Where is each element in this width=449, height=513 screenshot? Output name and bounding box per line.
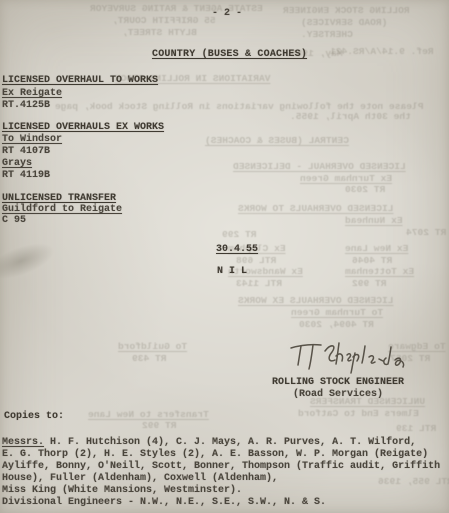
bleedthrough-text: RT 2074 xyxy=(406,228,446,239)
copies-line-underlined: Messrs. xyxy=(2,437,44,448)
nil-status: N I L xyxy=(217,266,247,277)
copies-line-text: Ayliffe, Bonny, O'Neill, Scott, Bonner, … xyxy=(2,461,440,472)
document-scan: ESTATE AGENT & RATING SURVEYOR 55 GRIFFI… xyxy=(0,0,449,513)
copies-line: E. G. Thorp (2), H. E. Styles (2), A. E.… xyxy=(2,449,428,460)
fleet-number: C 95 xyxy=(2,215,26,226)
bleedthrough-text: LICENSED OVERHAULS EX WORKS xyxy=(238,296,393,307)
bleedthrough-text: Elmers End to Catford xyxy=(298,409,419,420)
bleedthrough-text: RT 992 xyxy=(142,421,177,432)
route-label: Ex Reigate xyxy=(2,88,62,99)
fleet-number: RT 4119B xyxy=(2,170,50,181)
bleedthrough-text: the 30th April, 1955. xyxy=(290,112,411,123)
copies-line-text: Divisional Engineers - N.W., N.E., S.E.,… xyxy=(2,497,326,508)
page-number: - 2 - xyxy=(212,8,242,19)
bleedthrough-text: ROLLING STOCK ENGINEER xyxy=(283,6,410,17)
bleedthrough-text: BLYTH STREET, xyxy=(122,28,197,39)
bleedthrough-text: RT 4046 xyxy=(352,256,392,267)
bleedthrough-text: (ROAD SERVICES) xyxy=(301,18,387,29)
section-title-unlicensed-transfer: UNLICENSED TRANSFER xyxy=(2,193,116,204)
route-label: Grays xyxy=(2,158,32,169)
copies-line: Divisional Engineers - N.W., N.E., S.E.,… xyxy=(2,497,326,508)
copies-line: House), Fuller (Aldenham), Coxwell (Alde… xyxy=(2,473,278,484)
bleedthrough-text: RTL 139 xyxy=(396,424,436,435)
bleedthrough-text: Ex Turnham Green xyxy=(300,174,392,185)
bleedthrough-text: RT 2030 xyxy=(345,185,385,196)
fleet-number: RT 4107B xyxy=(2,146,50,157)
bleedthrough-text: To Turnham Green xyxy=(291,308,383,319)
bleedthrough-text: RTL 1143 xyxy=(236,279,282,290)
bleedthrough-text: Transfers to New Lane xyxy=(88,410,209,421)
bleedthrough-text: Ex Tottenham xyxy=(345,267,414,278)
bleedthrough-text: LICENSED OVERHAULS TO WORKS xyxy=(238,204,393,215)
route-label: Guildford to Reigate xyxy=(2,204,122,215)
bleedthrough-text: Ex Nunhead xyxy=(345,216,403,227)
copies-line-text: H. F. Hutchison (4), C. J. Mays, A. R. P… xyxy=(44,437,416,448)
bleedthrough-text: RT 439 xyxy=(132,354,167,365)
copies-to-label: Copies to: xyxy=(4,411,64,422)
bleedthrough-text: RTL 698 xyxy=(236,256,276,267)
bleedthrough-text: RT 992 xyxy=(352,279,387,290)
bleedthrough-text: CHERTSEY. xyxy=(301,30,353,41)
bleedthrough-text: To Guildford xyxy=(118,342,187,353)
section-title-licensed-overhaul-to-works: LICENSED OVERHAUL TO WORKS xyxy=(2,75,158,86)
bleedthrough-text: CENTRAL (BUSES & COACHES) xyxy=(205,136,349,147)
fleet-number: RT.4125B xyxy=(2,100,50,111)
bleedthrough-text: Ref. 9.14/A/RS.421 xyxy=(330,47,434,58)
copies-line: Messrs. H. F. Hutchison (4), C. J. Mays,… xyxy=(2,437,416,448)
copies-line-text: E. G. Thorp (2), H. E. Styles (2), A. E.… xyxy=(2,449,428,460)
section-title-licensed-overhauls-ex-works: LICENSED OVERHAULS EX WORKS xyxy=(2,122,164,133)
signoff-department: (Road Services) xyxy=(293,389,383,400)
bleedthrough-text: RT 299 xyxy=(222,230,257,241)
bleedthrough-text: LICENSED OVERHAUL - DELICENSED xyxy=(233,162,406,173)
bleedthrough-text: RTL 955, 1936 xyxy=(378,477,449,488)
copies-line-text: House), Fuller (Aldenham), Coxwell (Alde… xyxy=(2,473,278,484)
report-heading: COUNTRY (BUSES & COACHES) xyxy=(152,49,307,60)
bleedthrough-text: Ex New Lane xyxy=(345,244,408,255)
copies-line: Ayliffe, Bonny, O'Neill, Scott, Bonner, … xyxy=(2,461,440,472)
copies-line: Miss King (White Mansions, Westminster). xyxy=(2,485,242,496)
signoff-role: ROLLING STOCK ENGINEER xyxy=(272,377,404,388)
ink-smudge xyxy=(0,236,59,284)
bleedthrough-text: 55 GRIFFITH COURT, xyxy=(112,16,216,27)
report-date: 30.4.55 xyxy=(216,244,258,255)
handwritten-signature xyxy=(287,339,422,379)
copies-line-text: Miss King (White Mansions, Westminster). xyxy=(2,485,242,496)
route-label: To Windsor xyxy=(2,134,62,145)
bleedthrough-text: RT 4094, 2030 xyxy=(299,320,374,331)
